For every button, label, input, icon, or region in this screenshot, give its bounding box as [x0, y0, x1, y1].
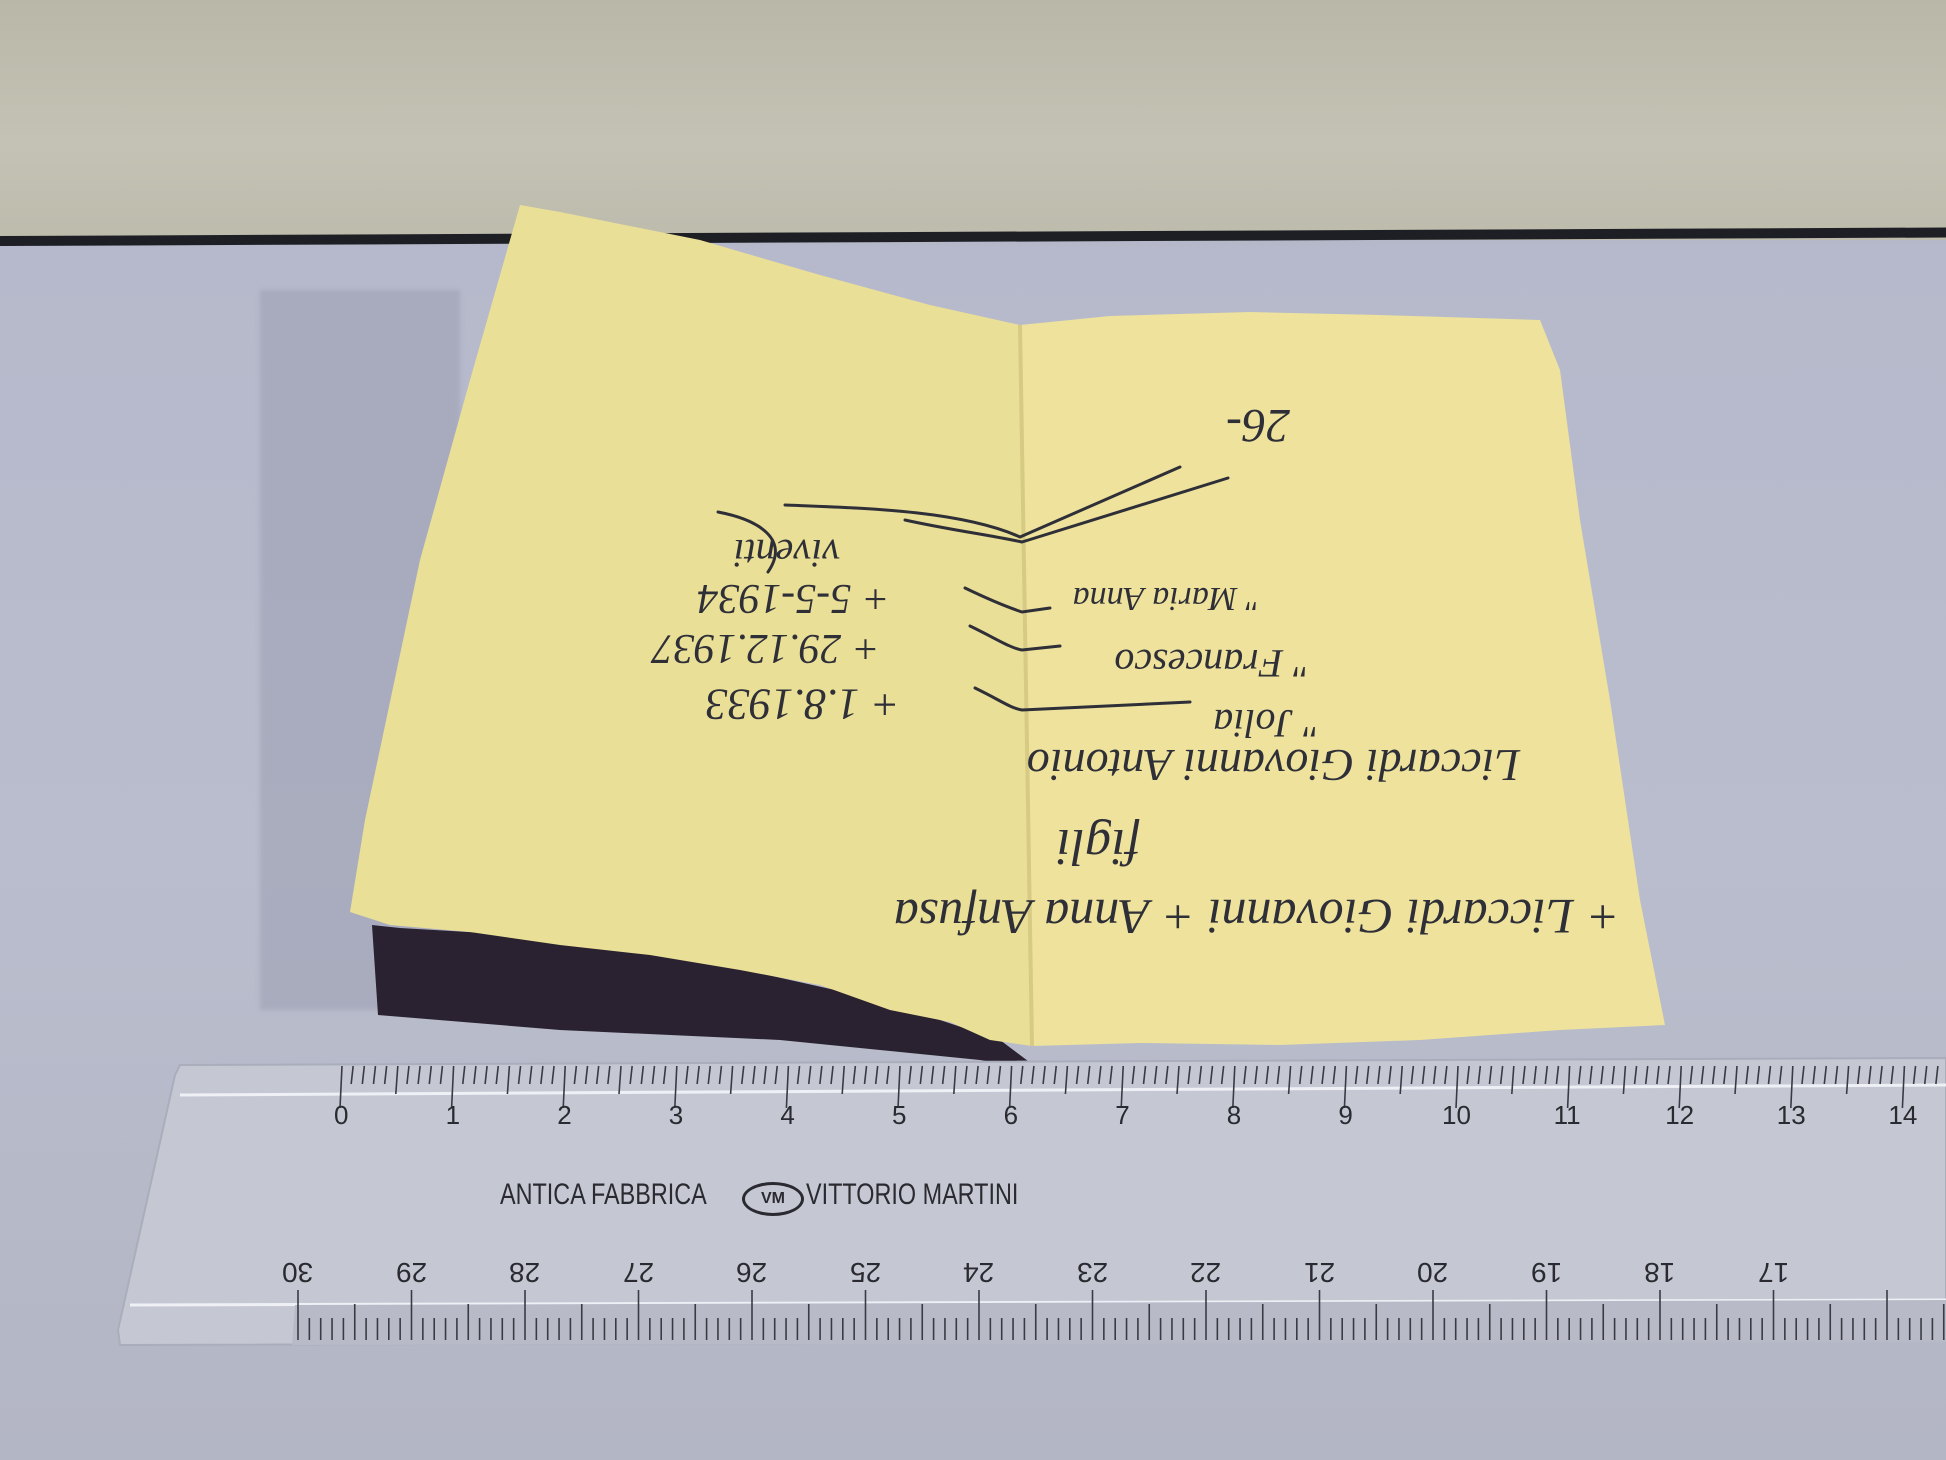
- ruler-logo-icon: VM: [742, 1182, 804, 1216]
- ruler-brand-right: VITTORIO MARTINI: [806, 1178, 1018, 1212]
- ruler-top-number: 11: [1554, 1100, 1581, 1131]
- ruler-bottom-number: 22: [1190, 1256, 1221, 1288]
- ruler-bottom-number: 23: [1077, 1256, 1108, 1288]
- ruler-top-number: 14: [1888, 1100, 1917, 1131]
- ruler-top-number: 6: [1004, 1100, 1018, 1131]
- ruler-ticks: [0, 0, 1946, 1460]
- ruler-top-number: 10: [1442, 1100, 1471, 1131]
- ruler-bottom-number: 17: [1758, 1256, 1789, 1288]
- ruler-bottom-number: 21: [1304, 1256, 1335, 1288]
- ruler-bottom-number: 24: [963, 1256, 994, 1288]
- ruler-bottom-number: 30: [282, 1256, 313, 1288]
- ruler-bottom-number: 18: [1644, 1256, 1675, 1288]
- ruler-brand-left: ANTICA FABBRICA: [500, 1178, 707, 1212]
- ruler-top-number: 9: [1338, 1100, 1352, 1131]
- ruler-top-number: 8: [1227, 1100, 1241, 1131]
- ruler-top-number: 0: [334, 1100, 348, 1131]
- ruler-bottom-number: 26: [736, 1256, 767, 1288]
- ruler-top-number: 2: [557, 1100, 571, 1131]
- ruler-top-number: 4: [780, 1100, 794, 1131]
- ruler-bottom-number: 29: [396, 1256, 427, 1288]
- ruler-bottom-number: 20: [1417, 1256, 1448, 1288]
- ruler-top-number: 5: [892, 1100, 906, 1131]
- ruler-top-number: 7: [1115, 1100, 1129, 1131]
- ruler-top-number: 13: [1777, 1100, 1806, 1131]
- ruler-bottom-number: 25: [850, 1256, 881, 1288]
- ruler-top-number: 3: [669, 1100, 683, 1131]
- ruler-bottom-number: 27: [623, 1256, 654, 1288]
- ruler-bottom-number: 28: [509, 1256, 540, 1288]
- ruler-logo-text: VM: [761, 1190, 785, 1207]
- ruler-top-number: 1: [446, 1100, 460, 1131]
- ruler-top-number: 12: [1665, 1100, 1694, 1131]
- ruler-bottom-number: 19: [1531, 1256, 1562, 1288]
